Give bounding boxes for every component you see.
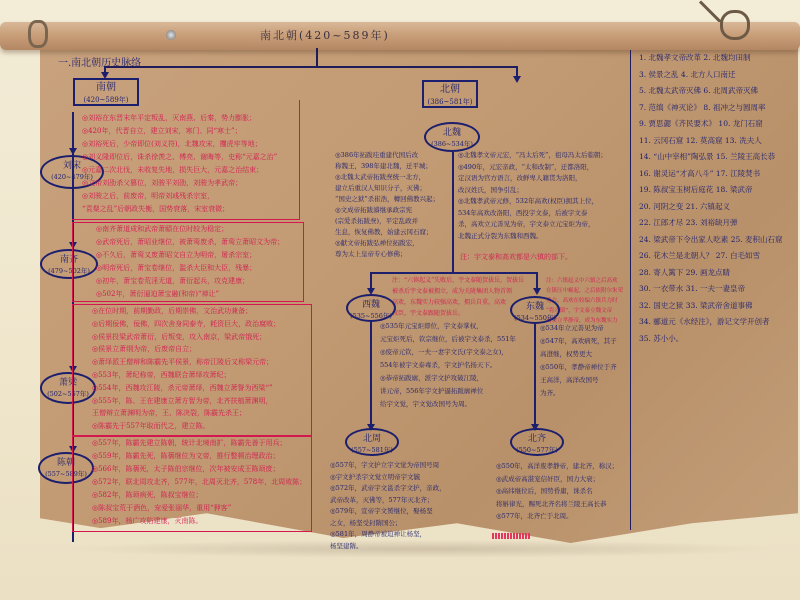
topic-item: 30. 一衣带水 31. 一夫一妻皇帝 bbox=[631, 281, 798, 298]
note-line: ◎490年，元宏亲政，“太和改制”，迁都洛阳， bbox=[458, 162, 628, 174]
note-line: ◎萧绎派王僧辩和陈霸先平侯景，称帝江陵后又称梁元帝； bbox=[92, 356, 310, 369]
topic-item: 7. 范缜《神灭论》 8. 祖冲之与圆周率 bbox=[631, 100, 798, 117]
note-line: ◎南齐萧道成和武帝萧赜在位时较为稳定； bbox=[96, 223, 302, 236]
split-line bbox=[370, 272, 538, 274]
topic-item: 26. 花木兰是北朝人？ 27. 白毛如雪 bbox=[631, 248, 798, 265]
note-line: ◎北魏孝武帝元修，532年高欢(权臣)拥其上位， bbox=[458, 196, 628, 208]
note-line: 在镇压中崛起，之后依附尔朱荣 bbox=[546, 286, 628, 296]
note-line: ◎刘骏之后，前废帝，明帝刘彧残杀宗室， bbox=[82, 190, 302, 203]
note-line: 将斛律光，赐死北齐名将兰陵王高长恭 bbox=[496, 498, 630, 511]
northern-qi-notes: ◎550年，高洋废孝静帝，建北齐，称汉； ◎武成帝高湛宠信奸臣，国力大衰； ◎高… bbox=[496, 460, 630, 523]
note-line: ◎初年，萧宝卷荒淫无道，萧衍起兵，攻克建康； bbox=[96, 275, 302, 288]
note-line: ◎不久后，萧鸾又废萧昭文自立为明帝，屠杀宗室； bbox=[96, 249, 302, 262]
note-line: ◎后期佞佛，佞佛，四次舍身同泰寺，耗资巨大，政治腐败； bbox=[92, 318, 310, 331]
note-line: 为齐。 bbox=[540, 387, 628, 400]
note-line: ◎581年，周静帝被迫禅让杨坚， bbox=[330, 529, 480, 541]
note-line: 杀，高欢立元善见为帝，宇文泰立元宝炬为帝， bbox=[458, 219, 628, 231]
north-dynasty-box: 北朝 (386~581年) bbox=[422, 80, 478, 108]
note-line: ◎刘义隆即位后，诛杀徐羡之、傅亮、谢晦等，史称“元嘉之治” bbox=[82, 151, 302, 164]
note-line: 尊为太上皇帝专心修佛； bbox=[335, 249, 450, 260]
note-line: ◎元嘉二次北伐，未收复失地，损失巨大，元嘉之治结束； bbox=[82, 164, 302, 177]
topic-item: 16. 谢灵运“才高八斗” 17. 江陵焚书 bbox=[631, 166, 798, 183]
east-red-note: 注：六镇起义中六镇之后高欢 在镇压中崛起，之后依附尔朱荣 势力，高欢在收编六镇兵… bbox=[546, 276, 628, 326]
dynasty-name: 北齐 bbox=[528, 434, 546, 444]
note-line: 高欢，东魏实力较强高欢，拥兵自重，高欢 bbox=[392, 297, 524, 308]
dynasty-oval-northern-zhou: 北周 (557~581年) bbox=[345, 428, 399, 456]
note-line: 建立后重汉人知识分子，灭佛； bbox=[335, 183, 450, 194]
xiaoliang-notes: ◎在位时期，前期勤政，后期崇佛，文治武功兼备； ◎后期佞佛，佞佛，四次舍身同泰寺… bbox=[92, 305, 310, 433]
note-line: ◎579年，宣帝宇文赟继位，娶杨坚 bbox=[330, 506, 480, 518]
note-line: 高澄继，权势更大 bbox=[540, 348, 628, 361]
note-line: ◎在位时期，前期勤政，后期崇佛，文治武功兼备； bbox=[92, 305, 310, 318]
note-line: ◎550年，孝静帝禅位于齐 bbox=[540, 361, 628, 374]
note-line: ◎557年，宇文护立宇文觉为帝国号周 bbox=[330, 460, 480, 472]
western-wei-notes: ◎535年元宝炬即位，宇文泰掌权， 元宝炬死后，钦宗继位，后被宇文泰杀，551年… bbox=[380, 320, 530, 411]
note-line: 之女，杨坚受封隋国公； bbox=[330, 518, 480, 530]
note-line: ◎献文帝拓跋弘禅位拓跋宏， bbox=[335, 238, 450, 249]
note-line: 定汉语为官方语言，改鲜卑人籍贯为洛阳， bbox=[458, 173, 628, 185]
topic-item: 34. 郦道元《水经注》，游记文学开创者 bbox=[631, 314, 798, 331]
note-line: “袁粲之乱”后朝政失衡，国势衰落，宋室衰微； bbox=[82, 203, 302, 216]
note-line: 讲元帝，556年宇文护逼拓跋廓禅位 bbox=[380, 385, 530, 398]
note-line: 北魏正式分裂为东魏和西魏。 bbox=[458, 231, 628, 243]
note-line: ◎高纬继位后，国势昏庸，诛杀名 bbox=[496, 485, 630, 498]
note-line: 改汉姓氏，国争引乱； bbox=[458, 185, 628, 197]
liusong-notes: ◎刘裕在东晋末年平定叛乱，灭南燕、后秦，势力膨胀； ◎420年，代晋自立，建立刘… bbox=[82, 112, 302, 216]
note-line: ◎534年立元善见为帝 bbox=[540, 322, 628, 335]
note-line: ◎明帝死后，萧宝卷继位，滥杀大臣和大臣，残暴； bbox=[96, 262, 302, 275]
dynasty-years: (550~577年) bbox=[512, 445, 562, 456]
north-title: 北朝 bbox=[440, 84, 460, 95]
note-line: 权臣，宇文泰跟随贺拔岳。 bbox=[392, 308, 524, 319]
note-line: 武帝改革，灭佛等，577年灭北齐； bbox=[330, 495, 480, 507]
topic-item: 9. 贾思勰《齐民要术》 10. 龙门石窟 bbox=[631, 116, 798, 133]
note-line: ◎武成帝高湛宠信奸臣，国力大衰； bbox=[496, 473, 630, 486]
note-line: ◎刘裕在东晋末年平定叛乱，灭南燕、后秦，势力膨胀； bbox=[82, 112, 302, 125]
note-line: ◎577年，北齐亡于北周。 bbox=[496, 510, 630, 523]
dynasty-name: 东魏 bbox=[526, 302, 544, 312]
wooden-rod: 南北朝(420~589年) bbox=[0, 22, 800, 50]
note-line: ◎566年，陈蒨死，太子陈伯宗继位，次年被安成王陈顼废； bbox=[92, 463, 310, 476]
topic-item: 19. 陈叔宝玉树后庭花 18. 梁武帝 bbox=[631, 182, 798, 199]
west-red-note: 注：“六镇起义”失败后，宇文泰随贺拔岳，贺拔岳 被杀后宇文泰被拥立，成为关陇集团… bbox=[392, 275, 524, 319]
note-line: 给宇文觉，宇文觉改国号为周。 bbox=[380, 398, 530, 411]
note-line: ◎北魏孝文帝元宏，“冯太后死”，祖母冯太后临朝； bbox=[458, 150, 628, 162]
dynasty-oval-northern-wei: 北魏 (386~534年) bbox=[424, 122, 480, 152]
note-line: 称魏王，398年建北魏，迁平城； bbox=[335, 161, 450, 172]
dynasty-oval-northern-qi: 北齐 (550~577年) bbox=[510, 428, 564, 456]
northern-wei-right-notes: ◎北魏孝文帝元宏，“冯太后死”，祖母冯太后临朝； ◎490年，元宏亲政，“太和改… bbox=[458, 150, 628, 242]
note-line: 554年被宇文泰毒杀，宇文护名扬天下。 bbox=[380, 359, 530, 372]
eastern-wei-notes: ◎534年立元善见为帝 ◎547年，高欢病死，其子 高澄继，权势更大 ◎550年… bbox=[540, 322, 628, 400]
note-line: ◎侯景立萧纲为帝，后废帝自立； bbox=[92, 343, 310, 356]
topic-item: 5. 北魏太武帝灭佛 6. 北周武帝灭佛 bbox=[631, 83, 798, 100]
note-line: ◎北魏太武帝拓跋焘统一北方， bbox=[335, 172, 450, 183]
note-line: ◎582年，陈顼病死，陈叔宝继位； bbox=[92, 489, 310, 502]
northern-wei-left-notes: ◎386年拓跋珪重建代国后改 称魏王，398年建北魏，迁平城； ◎北魏太武帝拓跋… bbox=[335, 150, 450, 260]
topic-item: 32. 国史之狱 33. 梁武帝舍道事佛 bbox=[631, 298, 798, 315]
note-line: ◎550年，高洋废孝静帝，建北齐，称汉； bbox=[496, 460, 630, 473]
note-line: ◎572年，武帝宇文邕杀宇文护，亲政， bbox=[330, 483, 480, 495]
eastern-wei-line bbox=[534, 324, 536, 428]
note-line: ◎554年，西魏攻江陵，杀元帝萧绎，西魏立萧詧为西梁“” bbox=[92, 382, 310, 395]
note-line: 注：“六镇起义”失败后，宇文泰随贺拔岳，贺拔岳 bbox=[392, 275, 524, 286]
note-line: ◎刘裕死后，少帝即位(刘义符)，北魏攻宋，攫虎牢等地； bbox=[82, 138, 302, 151]
note-line: ◎555年，陈、王在建康立萧方智为帝，北齐扶植萧渊明， bbox=[92, 395, 310, 408]
top-connector bbox=[316, 48, 318, 68]
topic-item: 20. 河阴之变 21. 六镇起义 bbox=[631, 199, 798, 216]
dynasty-years: (557~581年) bbox=[347, 445, 397, 456]
note-line: ◎文成帝拓跋濬继承政宗宪 bbox=[335, 205, 450, 216]
topic-item: 24. 梁武帝下令出家人吃素 25. 麦积山石窟 bbox=[631, 232, 798, 249]
northern-wei-line bbox=[452, 152, 454, 272]
screw-icon bbox=[166, 30, 176, 40]
note-line: ◎535年元宝炬即位，宇文泰掌权， bbox=[380, 320, 530, 333]
note-line: 注：六镇起义中六镇之后高欢 bbox=[546, 276, 628, 286]
dynasty-name: 北周 bbox=[363, 434, 381, 444]
note-line: ◎589年，杨广攻陷建康，灭南陈。 bbox=[92, 515, 310, 528]
note-line: 王高洋，高洋改国号 bbox=[540, 374, 628, 387]
arrow-down-icon bbox=[533, 288, 541, 295]
note-line: ◎572年，联北周攻北齐，577年，北周灭北齐，578年，北周败陈； bbox=[92, 476, 310, 489]
topic-item: 14. “山中宰相”陶弘景 15. 兰陵王高长恭 bbox=[631, 149, 798, 166]
chen-notes: ◎557年，陈霸先建立陈朝，统计北境南扩，陈霸先善于用兵； ◎559年，陈霸先死… bbox=[92, 437, 310, 528]
nanqi-notes: ◎南齐萧道成和武帝萧赜在位时较为稳定； ◎武帝死后，萧昭业继位，被萧鸾废杀，萧鸾… bbox=[96, 223, 302, 301]
note-line: ◎恭帝拓跋廓，派宇文护攻破江陵， bbox=[380, 372, 530, 385]
note-line: ◎553年，萧纪称帝，西魏联合萧绎攻萧纪； bbox=[92, 369, 310, 382]
topic-item: 11. 云冈石窟 12. 莫高窟 13. 冼夫人 bbox=[631, 133, 798, 150]
note-line: ◎武帝死后，萧昭业继位，被萧鸾废杀，萧鸾立萧昭文为帝； bbox=[96, 236, 302, 249]
dynasty-years: (386~534年) bbox=[426, 139, 478, 150]
dynasty-oval-western-wei: 西魏 (535~556年) bbox=[346, 294, 396, 322]
note-line: 元宝炬死后，钦宗继位，后被宇文泰杀，551年 bbox=[380, 333, 530, 346]
topic-item: 22. 江郎才尽 23. 刘裕缺月弹 bbox=[631, 215, 798, 232]
dynasty-name: 北魏 bbox=[443, 128, 461, 138]
note-line: (宗爱杀拓跋焘)，平定乱政并 bbox=[335, 216, 450, 227]
note-line: ◎502年，萧衍逼迫萧宝融(和帝)“禅让” bbox=[96, 288, 302, 301]
note-line: “国史之狱”杀崔浩，轉回佛教兴起； bbox=[335, 194, 450, 205]
note-line: ◎559年，陈霸先死，陈蒨继位为文帝，推行整顿治理政治； bbox=[92, 450, 310, 463]
northern-zhou-notes: ◎557年，宇文护立宇文觉为帝国号周 ◎宇文护杀宇文觉立明帝宇文毓 ◎572年，… bbox=[330, 460, 480, 552]
note-line: ◎宇文护杀宇文觉立明帝宇文毓 bbox=[330, 472, 480, 484]
south-title: 南朝 bbox=[96, 82, 116, 93]
note-line: ◎文帝刘劭杀父篡位，刘骏平刘劭，刘骏为孝武帝； bbox=[82, 177, 302, 190]
note-line: ◎386年拓跋珪重建代国后改 bbox=[335, 150, 450, 161]
note-line: ◎557年，陈霸先建立陈朝，统计北境南扩，陈霸先善于用兵； bbox=[92, 437, 310, 450]
rod-title: 南北朝(420~589年) bbox=[260, 27, 390, 43]
note-line: ◎420年，代晋自立，建立刘宋，寒门、同“寒士”； bbox=[82, 125, 302, 138]
note-line: 王僧辩立萧渊明为帝，王、陈决裂，陈霸先杀王； bbox=[92, 407, 310, 420]
note-line: 534年高欢改洛阳，西投宇文泰，后被宇文泰 bbox=[458, 208, 628, 220]
western-wei-line bbox=[370, 322, 372, 428]
note-line: ◎547年，高欢病死，其子 bbox=[540, 335, 628, 348]
topic-list-panel: 1. 北魏孝文帝改革 2. 北魏均田制 3. 侯景之乱 4. 北方人口南迁 5.… bbox=[630, 50, 798, 530]
northern-wei-red-note: 注：宇文泰和高欢都是六镇的部下。 bbox=[460, 252, 572, 262]
top-branch-line bbox=[104, 66, 518, 68]
topic-item: 1. 北魏孝文帝改革 2. 北魏均田制 bbox=[631, 50, 798, 67]
note-line: ◎陈霸先于557年取而代之，建立陈。 bbox=[92, 420, 310, 433]
note-line: 被杀后宇文泰被拥立，成为关陇集团人物首领 bbox=[392, 286, 524, 297]
dynasty-name: 西魏 bbox=[362, 300, 380, 310]
red-scribble bbox=[492, 533, 530, 539]
topic-item: 28. 寄人篱下 29. 画龙点睛 bbox=[631, 265, 798, 282]
note-line: ◎陈叔宝荒于酒色，宠爱张丽华，重用“狎客” bbox=[92, 502, 310, 515]
note-line: ◎废帝元钦，一夫一妻宇文氏(宇文泰之女)， bbox=[380, 346, 530, 359]
note-line: 杨坚建隋。 bbox=[330, 541, 480, 553]
note-line: ◎侯景投梁武帝萧衍，后叛变，攻入南京，梁武帝饿死； bbox=[92, 331, 310, 344]
rope-knot-right-icon bbox=[720, 10, 750, 40]
rope-knot-left-icon bbox=[28, 20, 48, 48]
arrow-down-icon bbox=[513, 76, 521, 83]
north-years: (386~581年) bbox=[424, 96, 476, 108]
note-line: 生息，恢复佛教，始建云冈石窟； bbox=[335, 227, 450, 238]
topic-item: 35. 苏小小。 bbox=[631, 331, 798, 348]
topic-item: 3. 侯景之乱 4. 北方人口南迁 bbox=[631, 67, 798, 84]
dynasty-oval-eastern-wei: 东魏 (534~550年) bbox=[510, 296, 560, 324]
